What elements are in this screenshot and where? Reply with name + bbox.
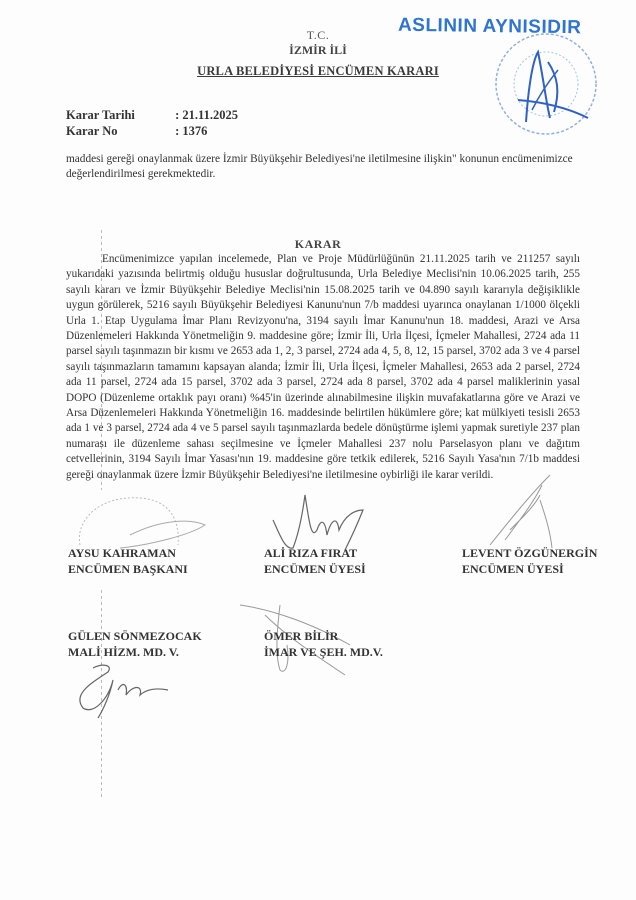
intro-paragraph: maddesi gereği onaylanmak üzere İzmir Bü… [66,152,580,182]
signature-gulen-sonmezocak-icon [68,660,188,720]
seal-impression-icon [70,490,210,550]
signatory-role: İMAR VE ŞEH. MD.V. [264,644,383,660]
margin-punch-line-lower [101,590,102,800]
decision-heading: KARAR [0,237,636,252]
signatory-5: ÖMER BİLİR İMAR VE ŞEH. MD.V. [264,628,383,660]
decision-number-label: Karar No [66,124,172,139]
decision-number-value: : 1376 [175,124,207,139]
decision-body: Encümenimizce yapılan incelemede, Plan v… [66,252,580,483]
signatory-name: GÜLEN SÖNMEZOCAK [68,628,202,644]
signatory-role: MALİ HİZM. MD. V. [68,644,202,660]
signatory-role: ENCÜMEN ÜYESİ [264,561,366,577]
signatory-name: ÖMER BİLİR [264,628,383,644]
decision-date-value: : 21.11.2025 [175,108,238,123]
decision-date-row: Karar Tarihi : 21.11.2025 [66,108,238,123]
signatory-name: ALİ RIZA FIRAT [264,545,366,561]
signatory-role: ENCÜMEN BAŞKANI [68,561,188,577]
signatory-role: ENCÜMEN ÜYESİ [462,561,597,577]
signatory-3: LEVENT ÖZGÜNERGİN ENCÜMEN ÜYESİ [462,545,597,577]
decision-date-label: Karar Tarihi [66,108,172,123]
decision-text: Encümenimizce yapılan incelemede, Plan v… [66,252,580,483]
document-page: T.C. İZMİR İLİ URLA BELEDİYESİ ENCÜMEN K… [0,0,636,900]
signatory-4: GÜLEN SÖNMEZOCAK MALİ HİZM. MD. V. [68,628,202,660]
signatory-1: AYSU KAHRAMAN ENCÜMEN BAŞKANI [68,545,188,577]
decision-number-row: Karar No : 1376 [66,124,207,139]
official-seal-icon [488,22,608,142]
signatory-2: ALİ RIZA FIRAT ENCÜMEN ÜYESİ [264,545,366,577]
signatory-name: AYSU KAHRAMAN [68,545,188,561]
signatory-name: LEVENT ÖZGÜNERGİN [462,545,597,561]
